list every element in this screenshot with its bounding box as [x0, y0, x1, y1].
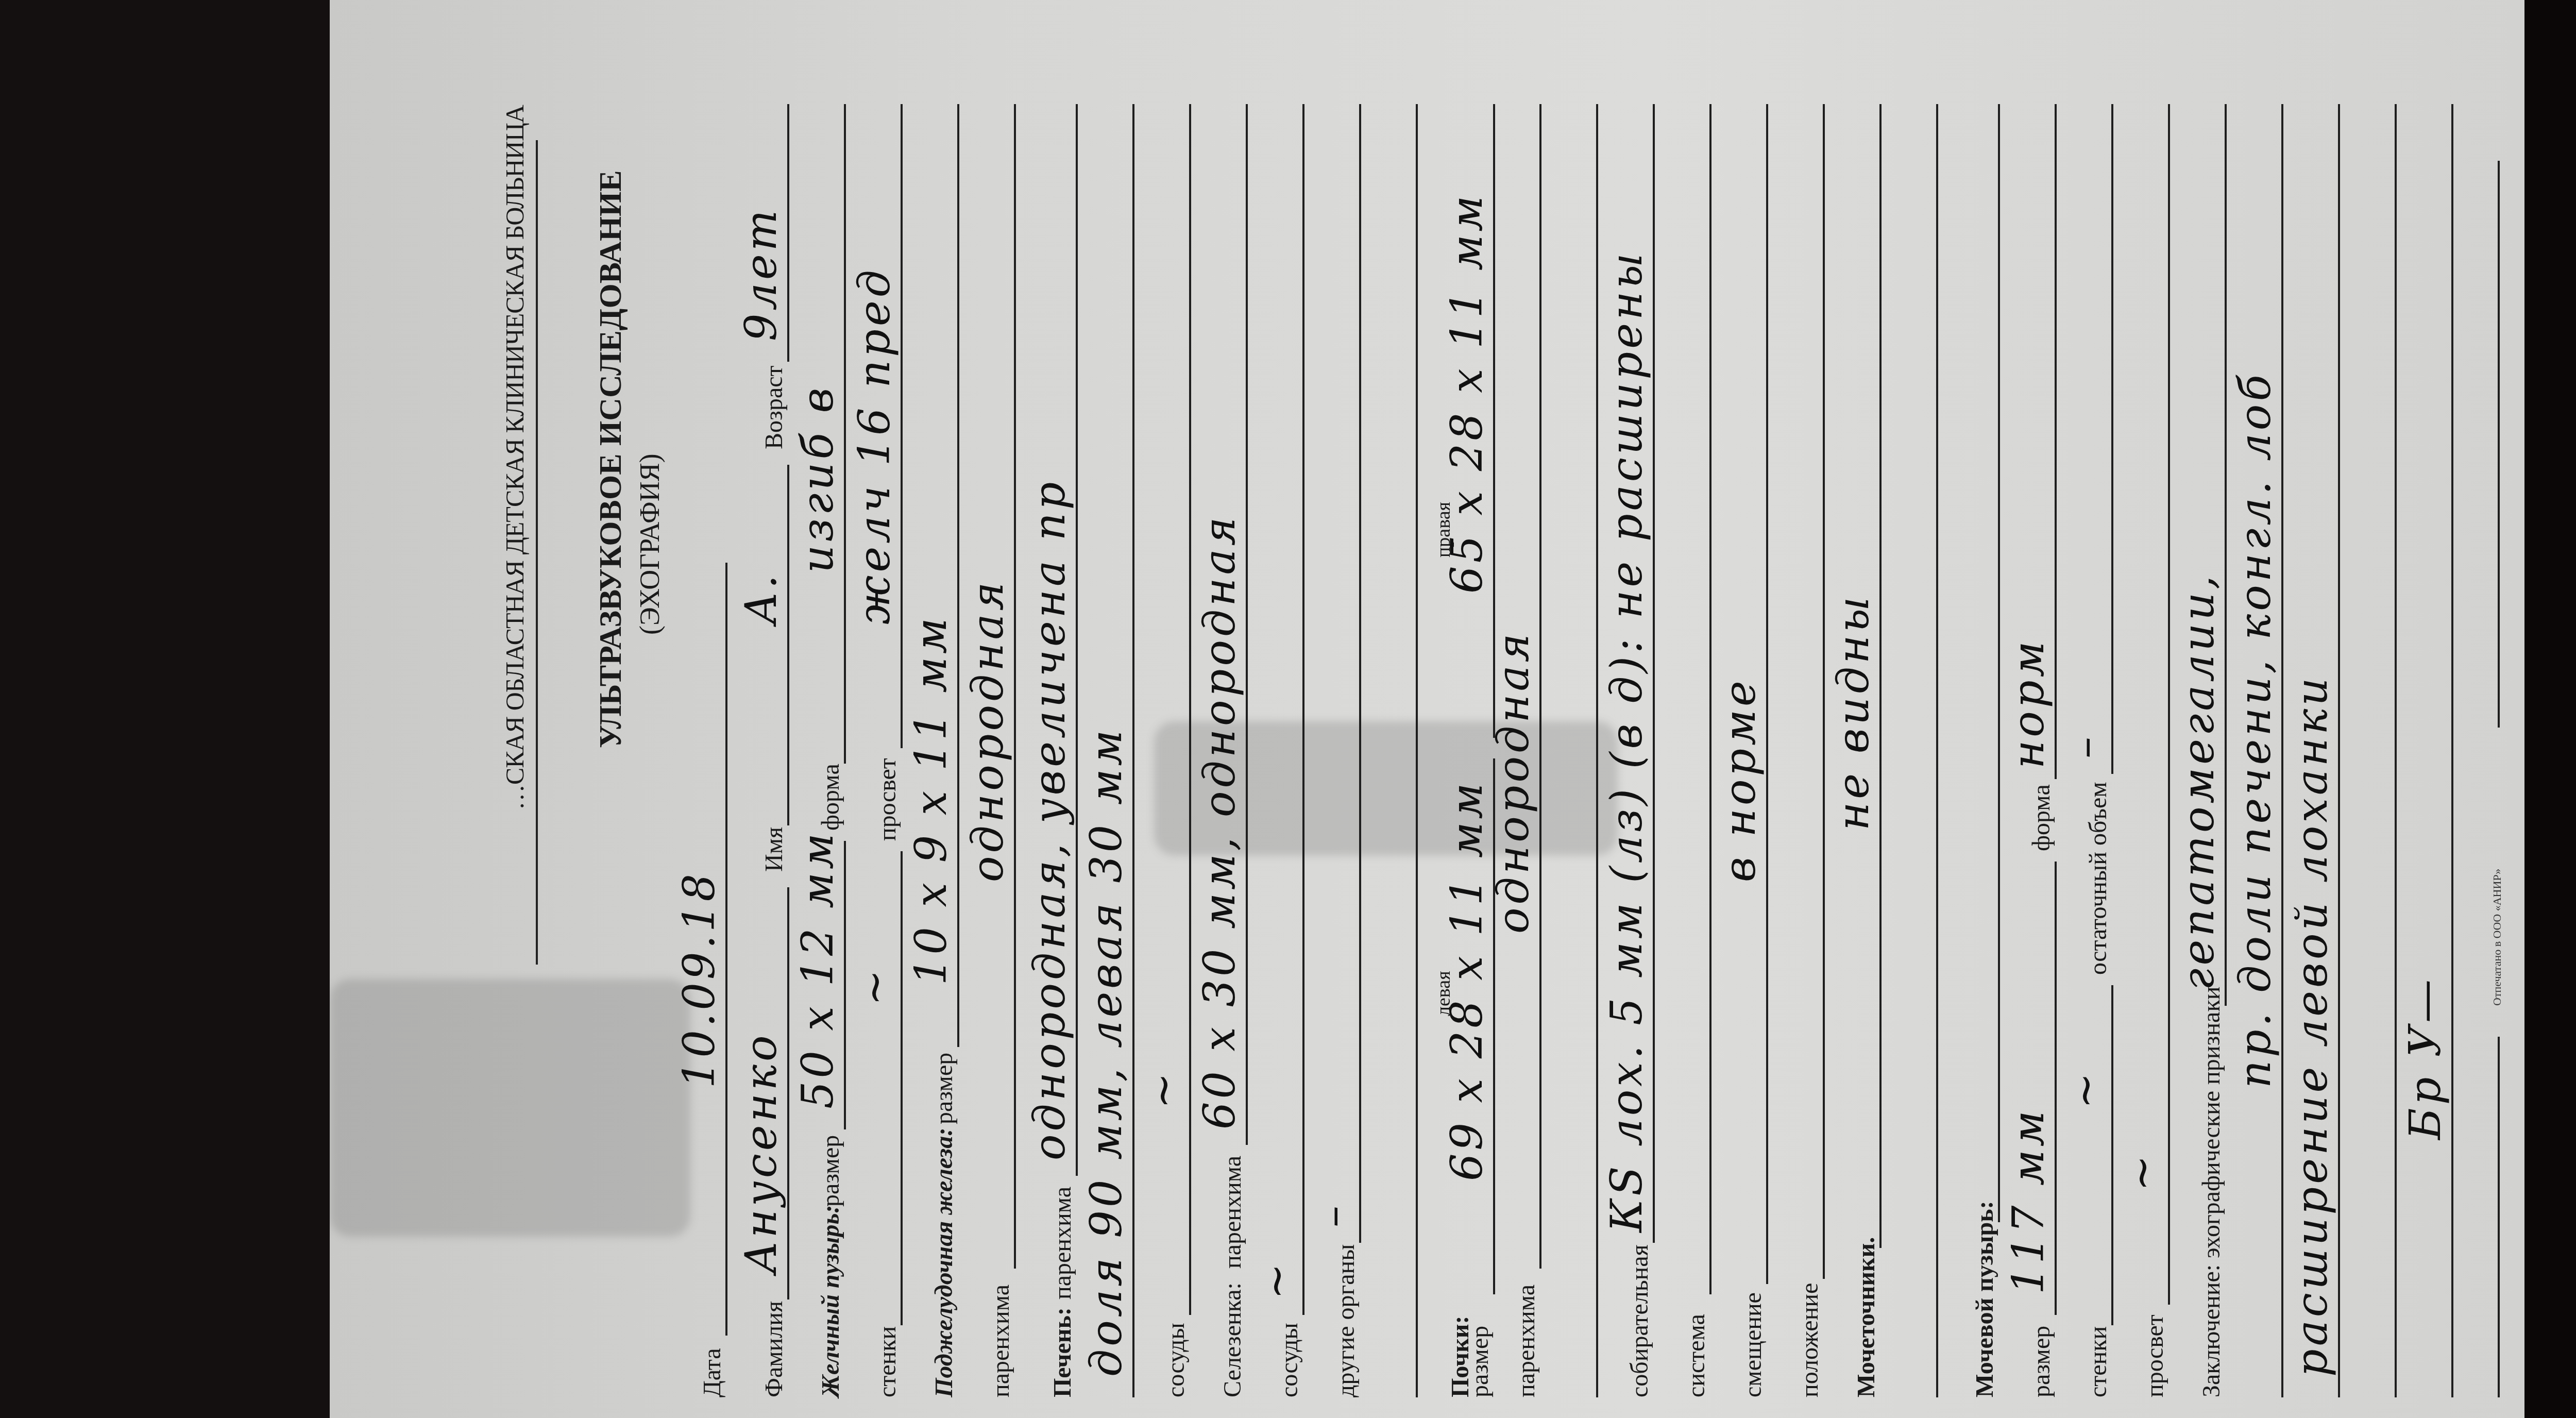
kidneys-size-label: размер [1466, 1326, 1494, 1397]
bladder-lumen-value[interactable]: ~ [2116, 1152, 2167, 1191]
gallbladder-walls-label: стенки [873, 1326, 902, 1397]
blank-line-3 [1936, 104, 1938, 1397]
kidneys-parenchyma-line [1539, 104, 1541, 1269]
date-label: Дата [698, 1348, 726, 1397]
kidneys-parenchyma-value[interactable]: однородная [1488, 631, 1538, 934]
liver-label: Печень: [1048, 1307, 1077, 1397]
footer-line-1 [2498, 1037, 2500, 1397]
displacement-row: смещение в норме [1731, 6, 1772, 1397]
bladder-lumen-line [2168, 104, 2170, 1305]
position-line [1823, 104, 1825, 1279]
bladder-residual-line [2111, 104, 2113, 774]
pancreas-parenchyma-label: паренхима [987, 1285, 1015, 1397]
spleen-label: Селезенка: [1218, 1282, 1247, 1397]
bladder-walls-line [2111, 985, 2113, 1325]
kidney-left-value[interactable]: 69 х 28 х 11 мм [1442, 780, 1492, 1181]
bladder-walls-value[interactable]: ~ [2060, 1070, 2110, 1109]
collecting-value[interactable]: КS лох. 5 мм (лз) (в д): не расширены [1601, 250, 1652, 1233]
signature-line [2451, 104, 2453, 1397]
collecting-row: собирательная КS лох. 5 мм (лз) (в д): н… [1618, 6, 1659, 1397]
conclusion-line-1 [2225, 104, 2227, 1006]
bladder-label: Мочевой пузырь: [1971, 1201, 1999, 1397]
pancreas-row: Поджелудочная железа: размер 10 х 9 х 11… [922, 6, 963, 1397]
displacement-label: смещение [1739, 1292, 1767, 1397]
signature-row: Бр У— [2416, 6, 2458, 1397]
liver-vessels-row: сосуды ~ [1154, 6, 1195, 1397]
form-subtitle: (ЭХОГРАФИЯ) [634, 453, 666, 635]
footer-row: Отпечатано в ООО «АНИР» [2463, 6, 2504, 1397]
conclusion-text-2[interactable]: пр. доли печени, конгл. лоб [2230, 372, 2280, 1088]
bladder-lumen-row: просвет ~ [2133, 6, 2174, 1397]
other-organs-label: другие органы [1332, 1244, 1360, 1397]
conclusion-row: Заключение: эхографические признаки гепа… [2190, 6, 2231, 1397]
position-label: положение [1795, 1283, 1824, 1397]
spleen-parenchyma-line [1246, 104, 1248, 1145]
pancreas-size-value[interactable]: 10 х 9 х 11 мм [906, 615, 956, 985]
age-label: Возраст [760, 365, 788, 449]
bladder-line [1998, 104, 2000, 1222]
blank-line-2 [1596, 104, 1598, 1397]
bladder-walls-label: стенки [2084, 1326, 2112, 1397]
gallbladder-walls-line [901, 851, 903, 1325]
patient-row: Фамилия Анусенко Имя А. Возраст 9лет [752, 6, 793, 1397]
gallbladder-lumen-line [901, 104, 903, 748]
spleen-vessels-label: сосуды [1275, 1323, 1303, 1397]
system-line [1709, 104, 1711, 1294]
gallbladder-size-line [844, 841, 846, 1129]
blank-row [1381, 6, 1422, 1397]
conclusion-text-3[interactable]: расширение левой лоханки [2286, 675, 2337, 1377]
bladder-size-label: размер [2027, 1326, 2056, 1397]
surname-value[interactable]: Анусенко [736, 1033, 786, 1274]
liver-row-2: доля 90 мм, левая 30 мм [1097, 6, 1139, 1397]
divider [536, 140, 538, 965]
signature[interactable]: Бр У— [2400, 976, 2450, 1140]
liver-parenchyma-value-1[interactable]: однородная, увеличена пр [1024, 479, 1075, 1160]
ureters-label: Мочеточники. [1852, 1237, 1880, 1397]
bladder-size-row: размер 117 мм форма норм [2020, 6, 2061, 1397]
liver-line-2 [1132, 104, 1134, 1397]
conclusion-line-4 [2395, 104, 2397, 1397]
conclusion-text-1[interactable]: гепатомегалии, [2173, 572, 2224, 990]
blank-row-3 [1901, 6, 1942, 1397]
ureters-value[interactable]: не видны [1828, 594, 1878, 831]
blank-line [1416, 104, 1418, 1397]
pancreas-parenchyma-line [1014, 104, 1016, 1269]
surname-line [787, 887, 789, 1299]
bladder-residual-label: остаточный объем [2084, 782, 2112, 975]
kidneys-parenchyma-row: паренхима однородная [1504, 6, 1546, 1397]
name-value[interactable]: А. [736, 572, 786, 624]
conclusion-row-3: расширение левой лоханки [2303, 6, 2344, 1397]
bladder-residual-value[interactable]: – [2060, 734, 2110, 758]
bladder-form-line [2055, 104, 2057, 779]
displacement-line [1766, 104, 1768, 1284]
spleen-parenchyma-value[interactable]: 60 х 30 мм, однородная [1194, 514, 1245, 1129]
gallbladder-lumen-label: просвет [873, 758, 902, 841]
background-left [0, 0, 330, 1418]
age-line [787, 104, 789, 362]
collecting-label: собирательная [1625, 1244, 1654, 1397]
other-organs-line [1359, 104, 1361, 1243]
kidney-right-value[interactable]: 65 х 28 х 11 мм [1442, 193, 1492, 594]
bladder-row: Мочевой пузырь: [1963, 6, 2004, 1397]
bladder-size-line [2055, 862, 2057, 1315]
gallbladder-size-value[interactable]: 50 х 12 мм [792, 830, 843, 1109]
gallbladder-form-value[interactable]: изгиб в [792, 385, 843, 573]
pancreas-label: Поджелудочная железа: [930, 1128, 958, 1397]
liver-vessels-line [1189, 104, 1191, 1315]
blank-row-2 [1561, 6, 1602, 1397]
date-row: Дата 10.09.18 [690, 109, 732, 1397]
collecting-line [1653, 104, 1655, 1243]
conclusion-line-3 [2338, 104, 2340, 1397]
age-value[interactable]: 9лет [736, 207, 786, 341]
gallbladder-label: Желчный пузырь: [817, 1205, 845, 1397]
liver-vessels-label: сосуды [1162, 1323, 1190, 1397]
ureters-line [1879, 104, 1882, 1248]
spleen-vessels-value[interactable]: ~ [1251, 1260, 1301, 1299]
kidneys-parenchyma-label: паренхима [1512, 1285, 1540, 1397]
bladder-form-label: форма [2027, 784, 2056, 851]
surname-label: Фамилия [760, 1301, 788, 1397]
other-organs-value[interactable]: – [1308, 1203, 1358, 1227]
date-line [725, 563, 727, 1336]
liver-row: Печень: паренхима однородная, увеличена … [1041, 6, 1082, 1397]
form-document: …СКАЯ ОБЛАСТНАЯ ДЕТСКАЯ КЛИНИЧЕСКАЯ БОЛЬ… [330, 0, 2524, 1418]
name-label: Имя [760, 827, 788, 872]
pancreas-parenchyma-row: паренхима однородная [979, 6, 1020, 1397]
displacement-value[interactable]: в норме [1715, 678, 1765, 882]
name-line [787, 465, 789, 825]
system-row: система [1674, 6, 1716, 1397]
pancreas-size-line [957, 104, 959, 1047]
form-title: УЛЬТРАЗВУКОВОЕ ИССЛЕДОВАНИЕ [592, 170, 629, 748]
pancreas-size-label: размер [930, 1053, 958, 1124]
liver-parenchyma-value-2[interactable]: доля 90 мм, левая 30 мм [1081, 727, 1131, 1377]
spleen-parenchyma-label: паренхима [1218, 1156, 1247, 1269]
ureters-row: Мочеточники. не видны [1844, 6, 1886, 1397]
bladder-walls-row: стенки ~ остаточный объем – [2076, 6, 2117, 1397]
gallbladder-walls-row: стенки ~ просвет желч 16 пред [866, 6, 907, 1397]
spleen-vessels-row: сосуды ~ [1267, 6, 1309, 1397]
gallbladder-form-label: форма [817, 764, 845, 831]
liver-parenchyma-label: паренхима [1048, 1187, 1077, 1299]
bladder-size-value[interactable]: 117 мм [2003, 1108, 2054, 1294]
gallbladder-row: Желчный пузырь: размер 50 х 12 мм форма … [809, 6, 850, 1397]
spleen-row: Селезенка: паренхима 60 х 30 мм, однород… [1211, 6, 1252, 1397]
gallbladder-size-label: размер [817, 1135, 845, 1207]
system-label: система [1682, 1314, 1710, 1397]
bladder-lumen-label: просвет [2141, 1314, 2169, 1397]
liver-vessels-value[interactable]: ~ [1138, 1070, 1188, 1109]
spleen-vessels-line [1302, 104, 1304, 1315]
footer-line-2 [2498, 161, 2500, 728]
pancreas-parenchyma-value[interactable]: однородная [962, 579, 1013, 882]
gallbladder-form-line [844, 104, 846, 764]
printer-note: Отпечатано в ООО «АНИР» [2490, 869, 2504, 1006]
conclusion-row-4 [2360, 6, 2401, 1397]
bladder-form-value[interactable]: норм [2003, 638, 2054, 769]
gallbladder-lumen-value[interactable]: желч 16 пред [849, 267, 900, 624]
gallbladder-walls-value[interactable]: ~ [849, 967, 900, 1006]
conclusion-line-2 [2281, 104, 2283, 1397]
hospital-name: …СКАЯ ОБЛАСТНАЯ ДЕТСКАЯ КЛИНИЧЕСКАЯ БОЛЬ… [500, 105, 530, 810]
conclusion-label: Заключение: эхографические признаки [2197, 987, 2226, 1397]
conclusion-row-2: пр. доли печени, конгл. лоб [2246, 6, 2287, 1397]
position-row: положение [1788, 6, 1829, 1397]
other-organs-row: другие органы – [1324, 6, 1365, 1397]
liver-parenchyma-line [1076, 104, 1078, 1176]
paper-sheet: …СКАЯ ОБЛАСТНАЯ ДЕТСКАЯ КЛИНИЧЕСКАЯ БОЛЬ… [330, 0, 2524, 1418]
date-value[interactable]: 10.09.18 [674, 871, 724, 1088]
